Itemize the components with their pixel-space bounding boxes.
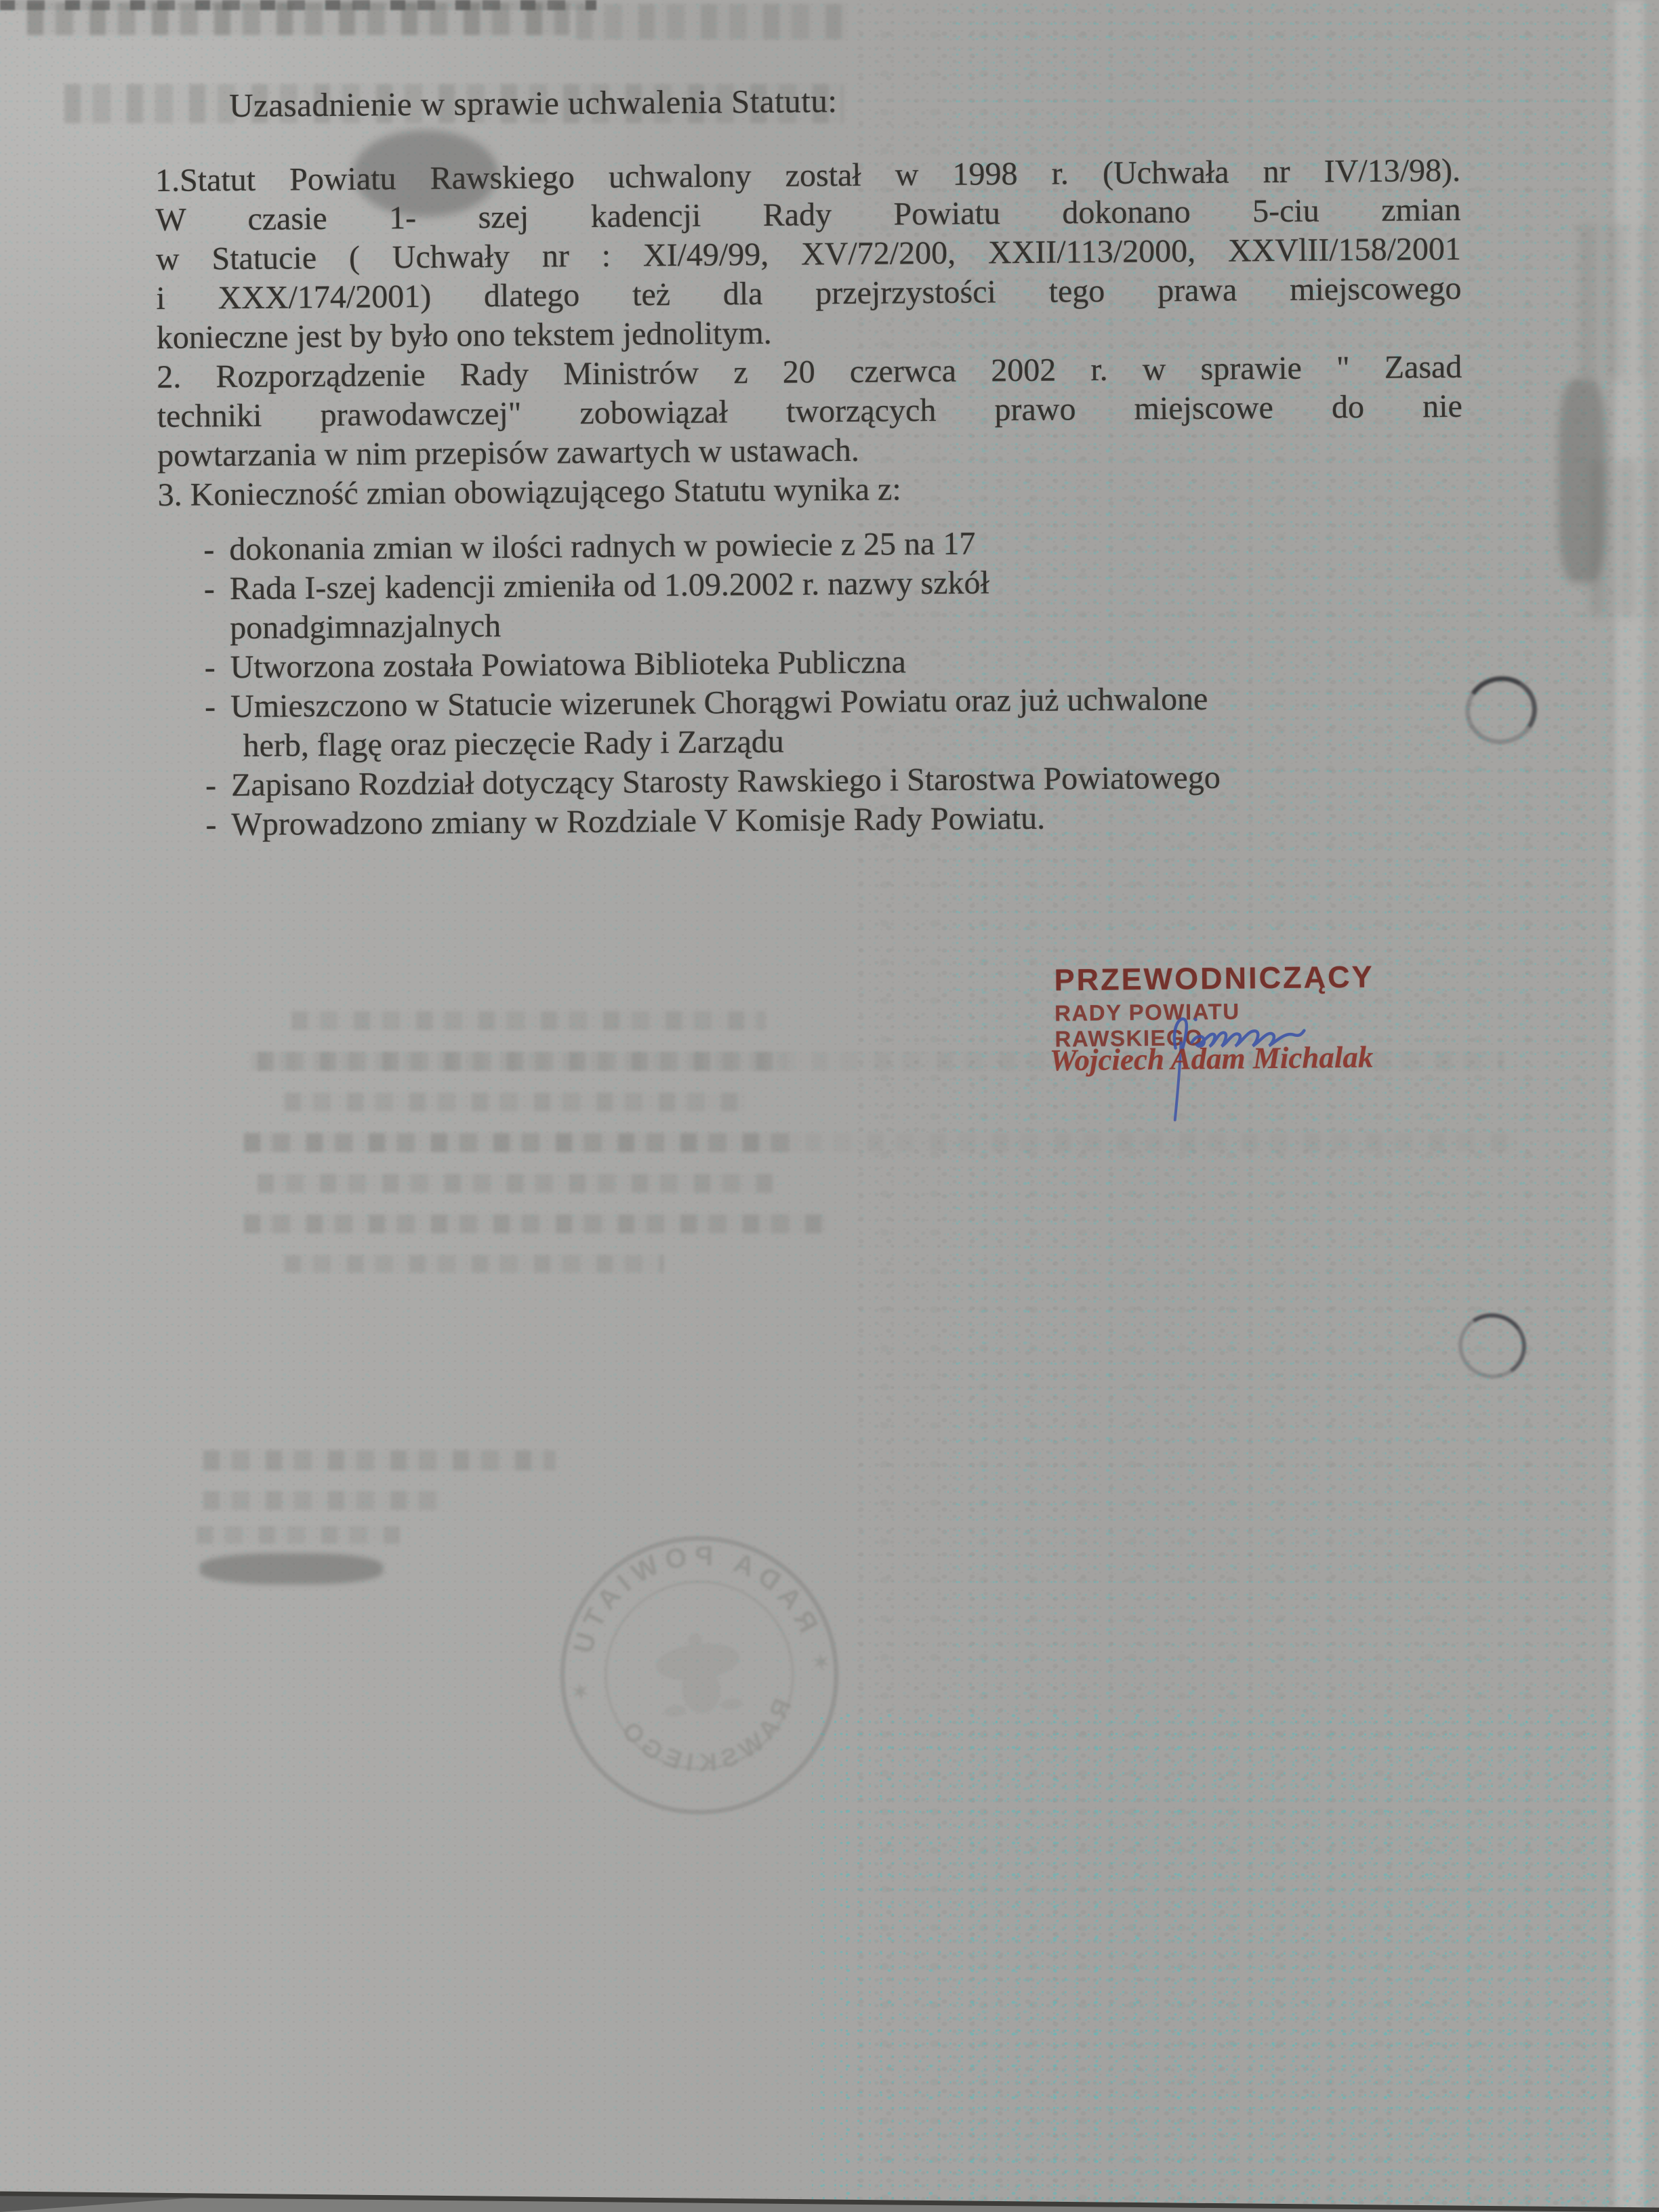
document-body: Uzasadnienie w sprawie uchwalenia Statut… <box>155 77 1466 845</box>
page-bottom-edge <box>0 2184 1659 2212</box>
list-dash: - <box>205 687 231 766</box>
scanner-light-strip <box>1616 0 1644 2212</box>
seal-inner-circle <box>595 1571 804 1780</box>
round-seal-stamp: RADA POWIATU RAWSKIEGO ✶ ✶ <box>541 1517 858 1834</box>
document-title: Uzasadnienie w sprawie uchwalenia Statut… <box>229 77 1460 125</box>
signatory-name: Wojciech Adam Michalak <box>1050 1040 1376 1078</box>
bleedthrough-smudge <box>1559 380 1606 583</box>
bleedthrough-smudge <box>576 4 847 39</box>
list-dash: - <box>204 569 230 648</box>
bleedthrough-smudge <box>291 1011 766 1030</box>
list-dash: - <box>205 805 231 844</box>
bleedthrough-smudge <box>244 1133 800 1152</box>
bleedthrough-smudge <box>244 1133 1518 1152</box>
bleedthrough-smudge <box>258 1052 786 1071</box>
seal-ring-text-top: RADA POWIATU <box>554 1525 826 1666</box>
paragraph-1: 1.Statut Powiatu Rawskiego uchwalony zos… <box>155 151 1462 358</box>
bleedthrough-smudge <box>1589 461 1657 617</box>
list-item: - Rada I-szej kadencji zmieniła od 1.09.… <box>159 560 1465 649</box>
bleedthrough-smudge <box>258 1174 773 1193</box>
ink-ring-mark <box>1453 1308 1531 1384</box>
scanned-document-page: RADA POWIATU RAWSKIEGO ✶ ✶ Uzasadnienie … <box>0 0 1659 2212</box>
ink-ring-mark <box>1459 670 1543 751</box>
seal-eagle-emblem <box>653 1629 745 1718</box>
seal-star-icon: ✶ <box>570 1679 591 1705</box>
bleedthrough-smudge <box>285 1092 745 1111</box>
list-dash: - <box>205 648 230 687</box>
bleedthrough-smudge <box>285 1255 664 1273</box>
bleedthrough-smudge <box>200 1553 383 1584</box>
page-top-edge-marks <box>0 0 596 10</box>
seal-outer-circle <box>547 1523 852 1828</box>
signature-block: PRZEWODNICZĄCY RADY POWIATU RAWSKIEGO Wo… <box>1054 960 1373 1052</box>
list-dash: - <box>205 766 231 805</box>
signature-role-title: PRZEWODNICZĄCY <box>1054 960 1373 998</box>
cyan-speckle-noise <box>812 1711 1659 2212</box>
bleedthrough-smudge <box>203 1491 441 1510</box>
changes-list: - dokonania zmian w ilości radnych w pow… <box>158 520 1466 845</box>
bleedthrough-smudge <box>203 1450 556 1471</box>
seal-ring-text-bottom: RAWSKIEGO <box>610 1692 805 1789</box>
paragraph-2: 2. Rozporządzenie Rady Ministrów z 20 cz… <box>157 348 1462 476</box>
bleedthrough-smudge <box>244 1214 827 1233</box>
bleedthrough-smudge <box>1579 224 1647 380</box>
seal-star-icon: ✶ <box>811 1649 832 1675</box>
bleedthrough-smudge <box>197 1526 400 1544</box>
list-dash: - <box>203 530 229 569</box>
list-item: - Umieszczono w Statucie wizerunek Chorą… <box>159 678 1465 766</box>
